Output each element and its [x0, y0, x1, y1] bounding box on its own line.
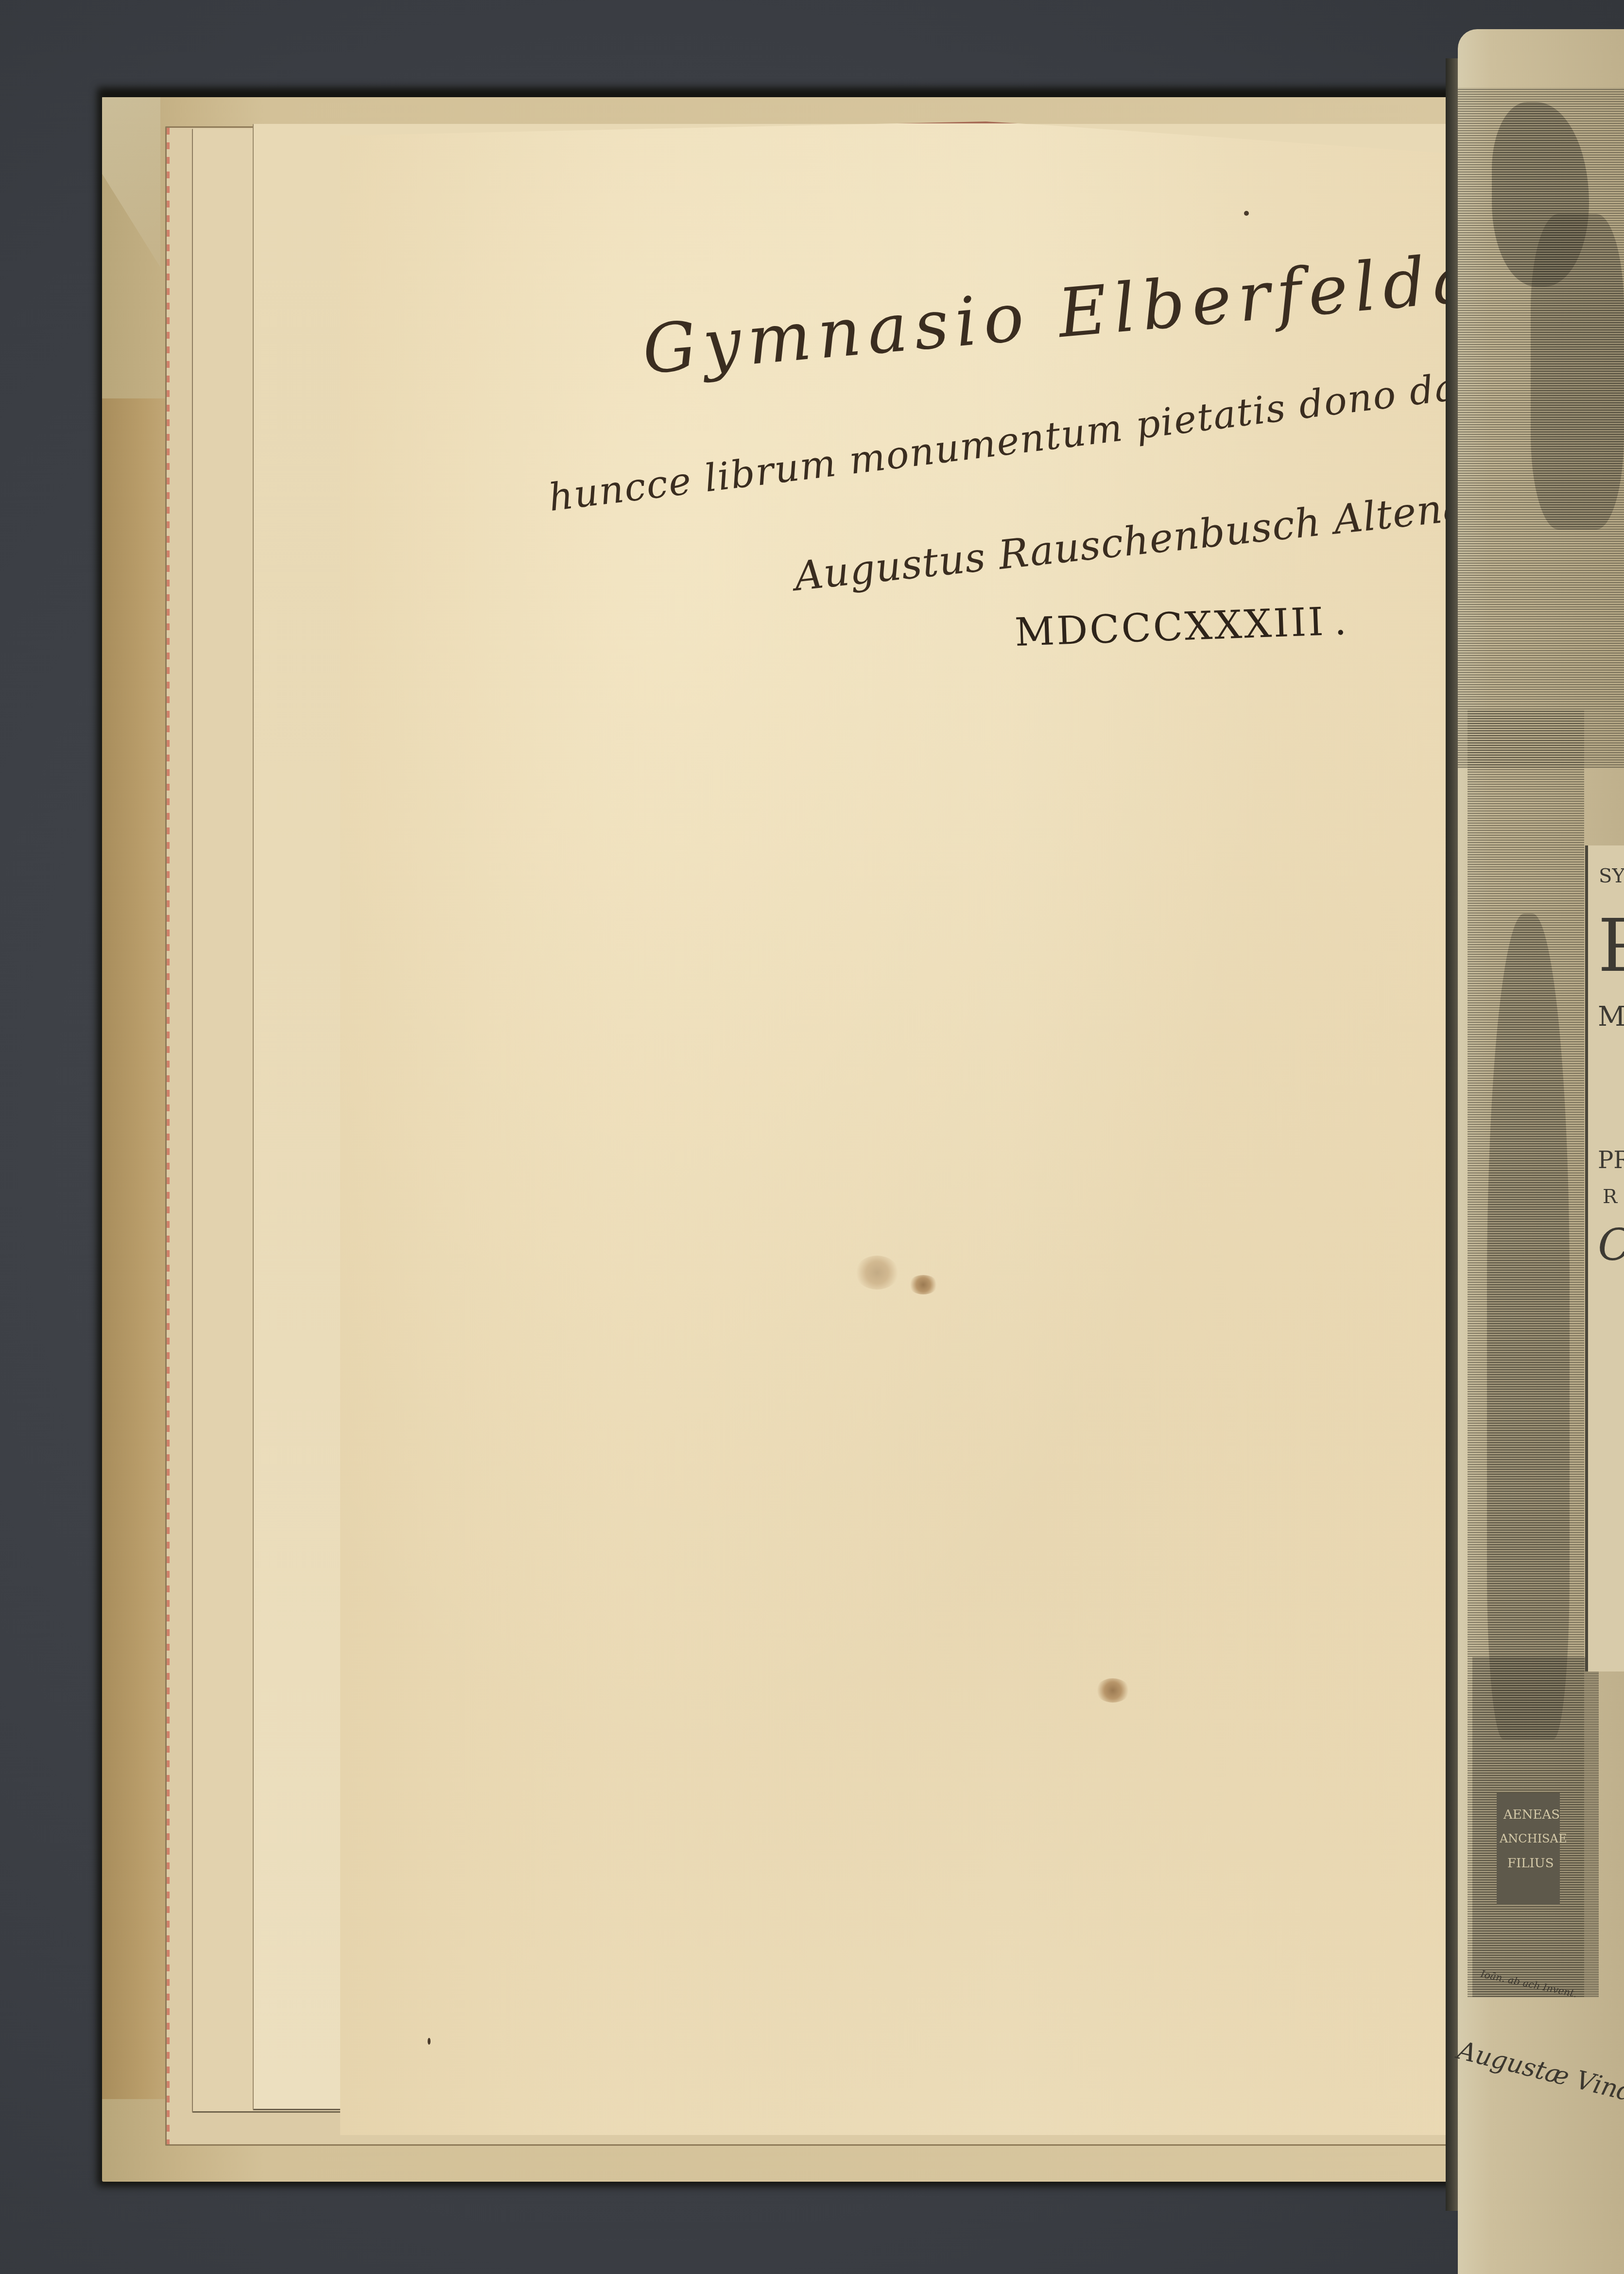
title-fragment-p: P	[1598, 904, 1624, 988]
title-fragment-sy: SY	[1599, 865, 1624, 887]
inscription-year-period: .	[1333, 598, 1349, 644]
frontispiece-title-panel: SY P MA PR R C	[1585, 845, 1624, 1671]
title-fragment-r: R	[1603, 1186, 1617, 1208]
foxing-stain	[909, 1275, 938, 1294]
pedestal-plaque: AENEAS ANCHISAE FILIUS	[1497, 1793, 1560, 1905]
binding-turn-in	[102, 398, 170, 2099]
title-fragment-pr: PR	[1598, 1147, 1624, 1174]
ink-speck	[428, 2038, 431, 2045]
foxing-stain	[1096, 1678, 1130, 1703]
title-fragment-ma: MA	[1598, 1001, 1624, 1033]
foxing-stain	[855, 1256, 899, 1290]
pedestal-line-3: FILIUS	[1507, 1856, 1554, 1871]
title-fragment-c: C	[1598, 1220, 1624, 1271]
engraving-drapery	[1531, 214, 1624, 530]
pedestal-line-1: AENEAS	[1503, 1808, 1560, 1822]
ink-speck	[1244, 211, 1249, 216]
engraving-warrior-figure	[1487, 913, 1570, 1740]
pedestal-line-2: ANCHISAE	[1500, 1832, 1567, 1845]
